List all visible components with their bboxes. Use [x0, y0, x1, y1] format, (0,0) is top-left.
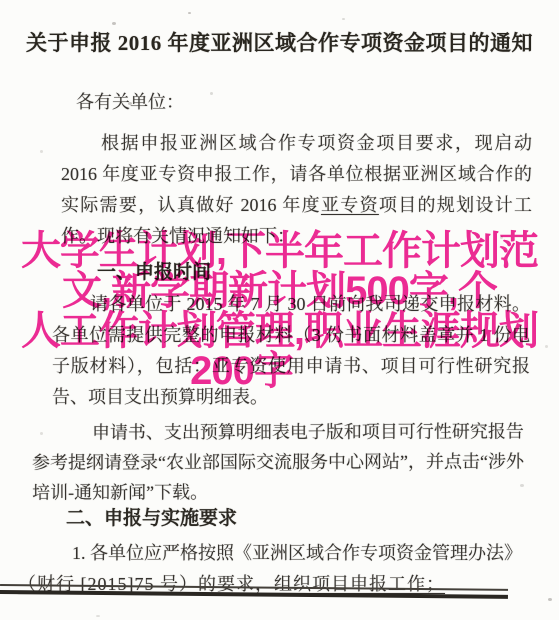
overlay-line-3: 人工作计划管理,职业生涯规划: [0, 311, 559, 351]
bottom-rule-thick: [0, 590, 508, 599]
paragraph-download: 申请书、支出预算明细表电子版和项目可行性研究报告参考提纲请登录“农业部国际交流服…: [32, 416, 524, 507]
document-page: 关于申报 2016 年度亚洲区域合作专项资金项目的通知 各有关单位： 根据申报亚…: [0, 0, 559, 620]
scan-speck: [520, 484, 524, 487]
scan-speck: [96, 615, 100, 617]
heading-requirements: 二、申报与实施要求: [32, 503, 432, 530]
scan-speck: [40, 150, 43, 153]
seo-overlay: 大学生计划,下半年工作计划范 文,新学期新计划500字,个 人工作计划管理,职业…: [0, 231, 559, 391]
scan-speck: [60, 38, 63, 41]
scan-speck: [210, 92, 213, 95]
scan-speck: [188, 12, 191, 14]
underlined-term: 亚专资: [321, 195, 379, 215]
greeting: 各有关单位：: [76, 88, 184, 114]
scan-speck: [112, 22, 116, 25]
scan-speck: [128, 102, 132, 105]
overlay-line-4: 200字: [0, 351, 521, 391]
scan-speck: [40, 432, 43, 435]
overlay-line-1: 大学生计划,下半年工作计划范: [0, 231, 559, 271]
item-1-line-1: 1. 各单位应严格按照《亚洲区域合作专项资金管理办法》: [20, 539, 540, 565]
scan-speck: [548, 598, 552, 601]
scan-speck: [342, 18, 345, 20]
overlay-line-2: 文,新学期新计划500字,个: [0, 271, 559, 311]
notice-title: 关于申报 2016 年度亚洲区域合作专项资金项目的通知: [0, 27, 559, 57]
